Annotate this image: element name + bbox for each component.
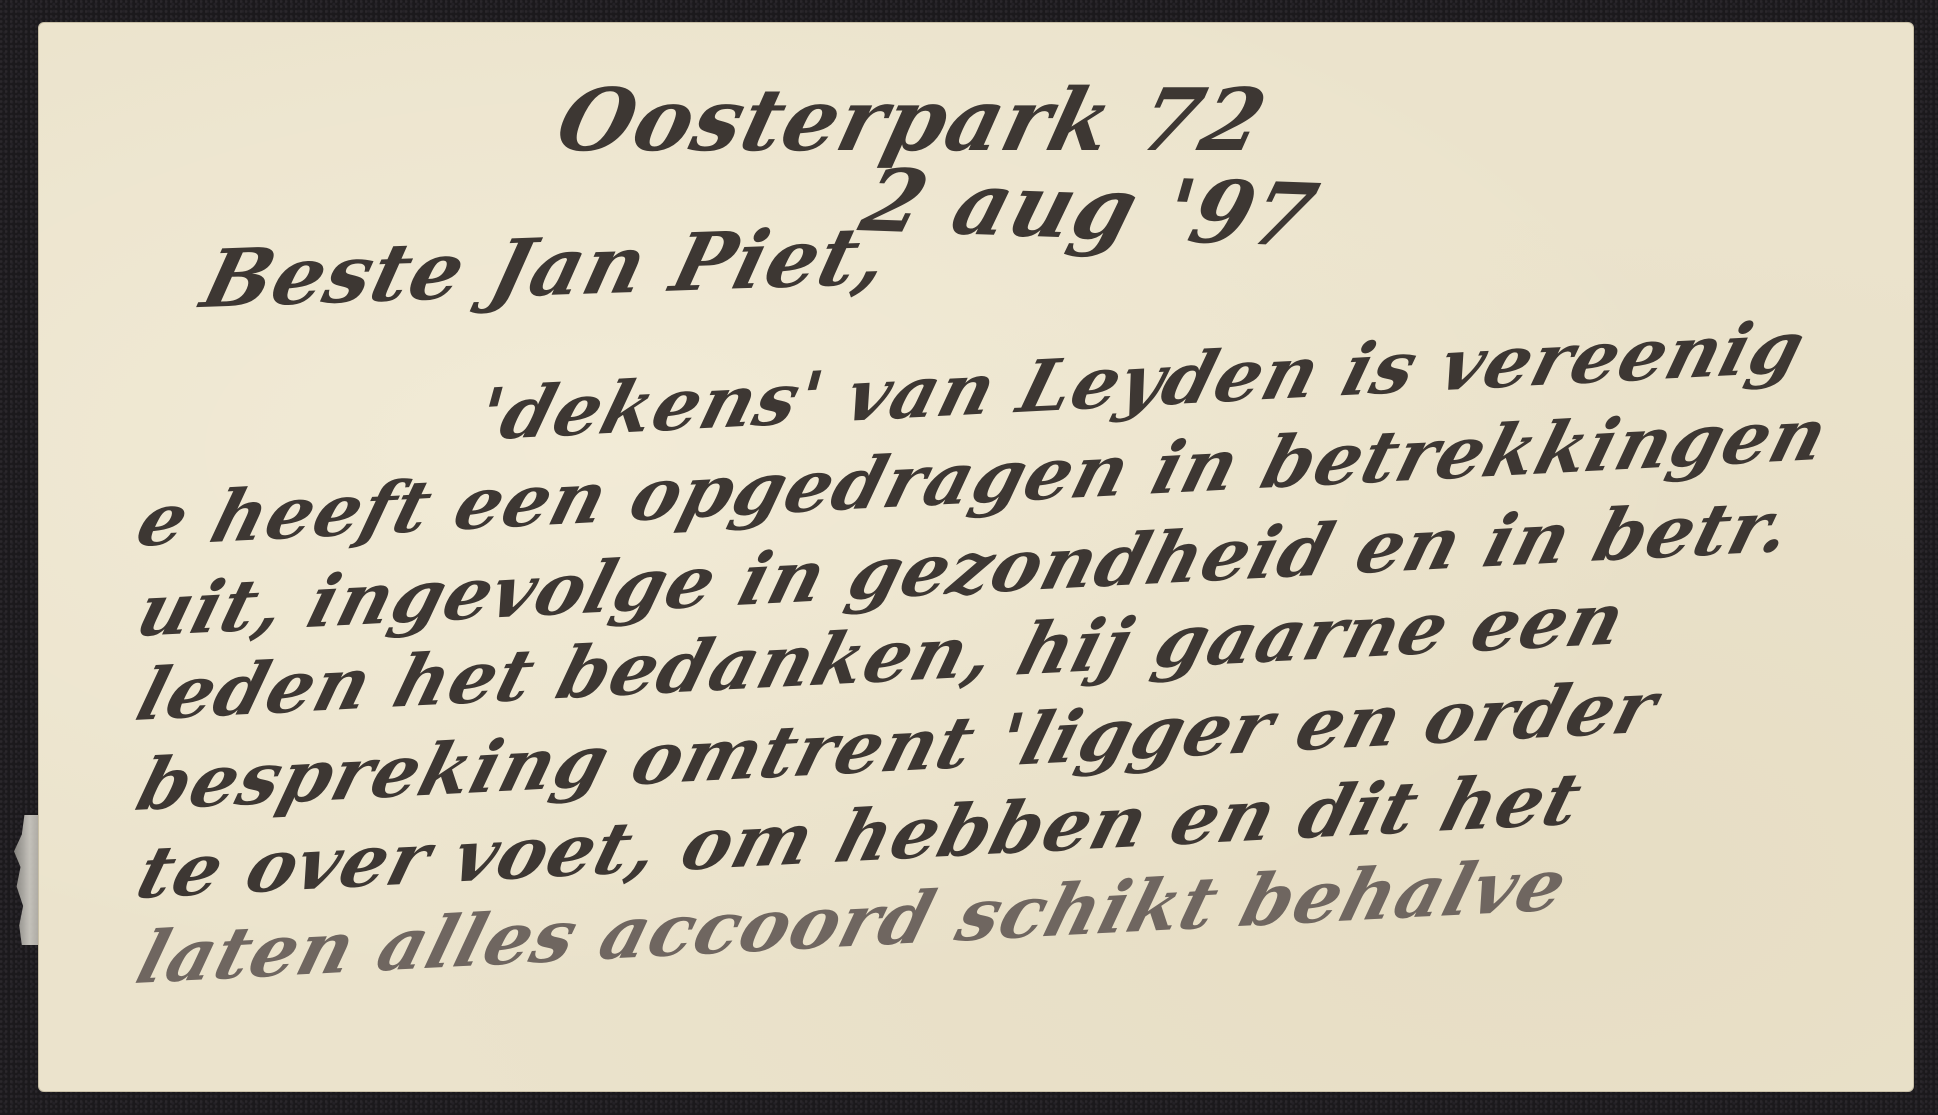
date-heading: 2 aug '97 — [851, 150, 1329, 267]
